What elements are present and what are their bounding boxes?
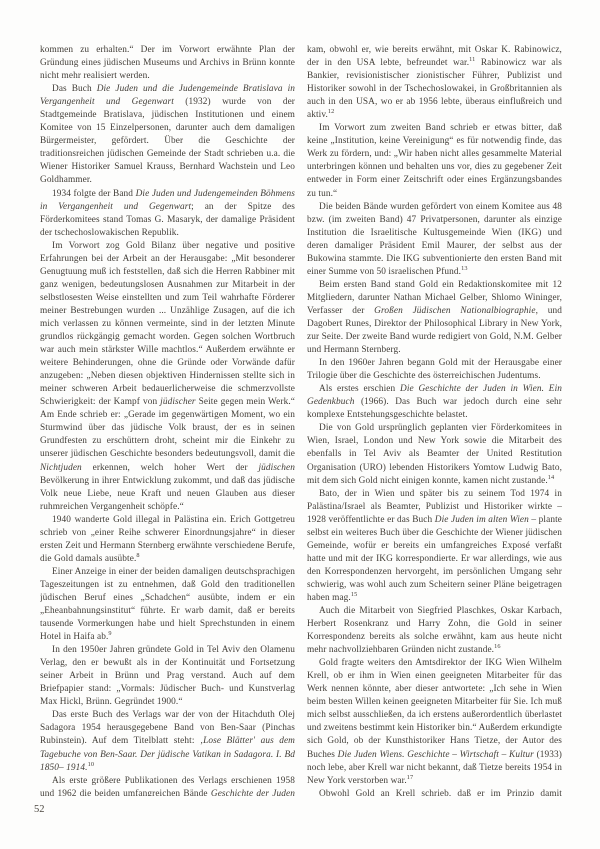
text-columns: kommen zu erhalten.“ Der im Vorwort erwä…: [40, 44, 562, 796]
paragraph: Das erste Buch des Verlags war der von d…: [40, 709, 295, 774]
footnote-reference: 9: [108, 630, 111, 637]
text-segment: jüdischer: [160, 397, 196, 407]
paragraph: Auch die Mitarbeit von Siegfried Plaschk…: [307, 605, 562, 657]
text-segment: erkennen, welch hoher Wert der: [82, 463, 259, 473]
text-segment: 1934 folgte der Band: [52, 189, 136, 199]
text-segment: Das Buch: [52, 84, 97, 94]
text-segment: Im Vorwort zum zweiten Band schrieb er e…: [307, 123, 562, 198]
left-column: kommen zu erhalten.“ Der im Vorwort erwä…: [40, 44, 295, 796]
paragraph: Beim ersten Band stand Gold ein Redaktio…: [307, 279, 562, 357]
text-segment: Obwohl Gold an Krell schrieb, daß er im …: [307, 789, 562, 796]
text-segment: jüdischen: [258, 463, 295, 473]
paragraph: kommen zu erhalten.“ Der im Vorwort erwä…: [40, 44, 295, 83]
paragraph: Im Vorwort zum zweiten Band schrieb er e…: [307, 122, 562, 200]
paragraph: 1934 folgte der Band Die Juden und Juden…: [40, 188, 295, 240]
right-column: kam, obwohl er, wie bereits erwähnt, mit…: [307, 44, 562, 796]
text-segment: Die beiden Bände wurden gefördert von ei…: [307, 202, 562, 277]
text-segment: kommen zu erhalten.“ Der im Vorwort erwä…: [40, 45, 295, 81]
text-segment: (1932) wurde von der Stadtgemeinde Brati…: [40, 97, 295, 185]
paragraph: Im Vorwort zog Gold Bilanz über negative…: [40, 240, 295, 514]
text-segment: 1940 wanderte Gold illegal in Palästina …: [40, 515, 295, 564]
footnote-reference: 8: [136, 552, 139, 559]
paragraph: Gold fragte weiters den Amtsdirektor der…: [307, 657, 562, 787]
text-segment: Die Juden Wiens. Geschichte – Wirtschaft…: [338, 750, 534, 760]
text-segment: In den 1960er Jahren begann Gold mit der…: [307, 358, 562, 381]
text-segment: Einer Anzeige in einer der beiden damali…: [40, 567, 295, 642]
paragraph: kam, obwohl er, wie bereits erwähnt, mit…: [307, 44, 562, 122]
paragraph: 1940 wanderte Gold illegal in Palästina …: [40, 514, 295, 566]
footnote-reference: 14: [548, 473, 555, 480]
footnote-reference: 17: [407, 774, 414, 781]
footnote-reference: 15: [351, 591, 358, 598]
footnote-reference: 12: [328, 108, 335, 115]
paragraph: Einer Anzeige in einer der beiden damali…: [40, 566, 295, 644]
text-segment: Nichtjuden: [40, 463, 82, 473]
text-segment: Gold fragte weiters den Amtsdirektor der…: [307, 658, 562, 759]
paragraph: In den 1960er Jahren begann Gold mit der…: [307, 357, 562, 383]
text-segment: Als erstes erschien: [319, 384, 400, 394]
paragraph: Die von Gold ursprünglich geplanten vier…: [307, 422, 562, 487]
text-segment: – plante selbst ein weiteres Buch über d…: [307, 515, 562, 603]
footnote-reference: 10: [88, 760, 95, 767]
paragraph: In den 1950er Jahren gründete Gold in Te…: [40, 644, 295, 709]
footnote-reference: 16: [494, 643, 501, 650]
page-number: 52: [34, 804, 45, 815]
text-segment: Auch die Mitarbeit von Siegfried Plaschk…: [307, 606, 562, 655]
paragraph: Bato, der in Wien und später bis zu sein…: [307, 488, 562, 605]
paragraph: Obwohl Gold an Krell schrieb, daß er im …: [307, 788, 562, 796]
text-segment: Die von Gold ursprünglich geplanten vier…: [307, 423, 562, 485]
paragraph: Das Buch Die Juden und die Judengemeinde…: [40, 83, 295, 187]
text-segment: Bevölkerung in ihrer Entwicklung zukommt…: [40, 476, 295, 512]
paragraph: Als erstes erschien Die Geschichte der J…: [307, 383, 562, 422]
document-page: kommen zu erhalten.“ Der im Vorwort erwä…: [0, 0, 600, 849]
footnote-reference: 13: [461, 265, 468, 272]
text-segment: Großen Jüdischen Nationalbiographie: [374, 306, 535, 316]
text-segment: Im Vorwort zog Gold Bilanz über negative…: [40, 241, 295, 408]
text-segment: In den 1950er Jahren gründete Gold in Te…: [40, 645, 295, 707]
text-segment: Die Juden im alten Wien: [435, 515, 529, 525]
paragraph: Die beiden Bände wurden gefördert von ei…: [307, 201, 562, 279]
paragraph: Als erste größere Publikationen des Verl…: [40, 775, 295, 796]
